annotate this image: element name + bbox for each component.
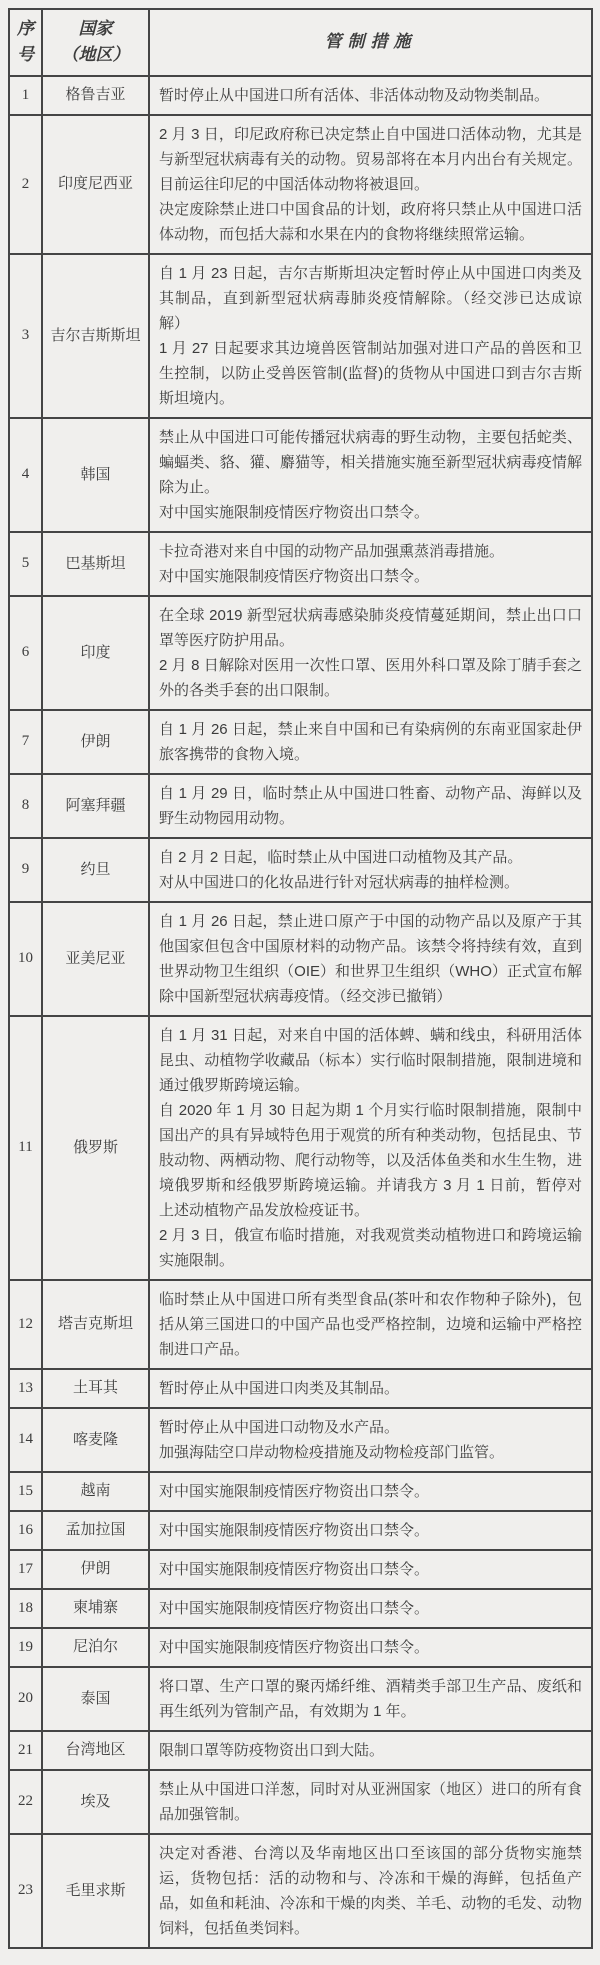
table-row: 17伊朗对中国实施限制疫情医疗物资出口禁令。 bbox=[9, 1550, 592, 1589]
table-row: 19尼泊尔对中国实施限制疫情医疗物资出口禁令。 bbox=[9, 1628, 592, 1667]
measures-cell: 卡拉奇港对来自中国的动物产品加强熏蒸消毒措施。 对中国实施限制疫情医疗物资出口禁… bbox=[149, 532, 592, 596]
country-cell: 孟加拉国 bbox=[42, 1511, 149, 1550]
header-seq-number: 序 号 bbox=[9, 9, 42, 76]
country-cell: 印度 bbox=[42, 596, 149, 710]
header-control-measures: 管制措施 bbox=[149, 9, 592, 76]
measures-cell: 决定对香港、台湾以及华南地区出口至该国的部分货物实施禁运，货物包括：活的动物和与… bbox=[149, 1834, 592, 1948]
table-row: 4韩国禁止从中国进口可能传播冠状病毒的野生动物，主要包括蛇类、蝙蝠类、貉、獾、麝… bbox=[9, 418, 592, 532]
measures-cell: 对中国实施限制疫情医疗物资出口禁令。 bbox=[149, 1589, 592, 1628]
country-cell: 伊朗 bbox=[42, 1550, 149, 1589]
measures-cell: 暂时停止从中国进口动物及水产品。 加强海陆空口岸动物检疫措施及动物检疫部门监管。 bbox=[149, 1408, 592, 1472]
measures-cell: 自 1 月 26 日起，禁止进口原产于中国的动物产品以及原产于其他国家但包含中国… bbox=[149, 902, 592, 1016]
measures-cell: 自 2 月 2 日起，临时禁止从中国进口动植物及其产品。 对从中国进口的化妆品进… bbox=[149, 838, 592, 902]
country-cell: 俄罗斯 bbox=[42, 1016, 149, 1280]
row-number-cell: 20 bbox=[9, 1667, 42, 1731]
measures-cell: 对中国实施限制疫情医疗物资出口禁令。 bbox=[149, 1550, 592, 1589]
measures-cell: 禁止从中国进口可能传播冠状病毒的野生动物，主要包括蛇类、蝙蝠类、貉、獾、麝猫等，… bbox=[149, 418, 592, 532]
table-row: 1格鲁吉亚暂时停止从中国进口所有活体、非活体动物及动物类制品。 bbox=[9, 76, 592, 115]
row-number-cell: 1 bbox=[9, 76, 42, 115]
row-number-cell: 5 bbox=[9, 532, 42, 596]
country-cell: 尼泊尔 bbox=[42, 1628, 149, 1667]
measures-cell: 暂时停止从中国进口所有活体、非活体动物及动物类制品。 bbox=[149, 76, 592, 115]
table-row: 18柬埔寨对中国实施限制疫情医疗物资出口禁令。 bbox=[9, 1589, 592, 1628]
measures-cell: 临时禁止从中国进口所有类型食品(茶叶和农作物种子除外)，包括从第三国进口的中国产… bbox=[149, 1280, 592, 1369]
row-number-cell: 9 bbox=[9, 838, 42, 902]
country-cell: 格鲁吉亚 bbox=[42, 76, 149, 115]
country-cell: 土耳其 bbox=[42, 1369, 149, 1408]
country-cell: 约旦 bbox=[42, 838, 149, 902]
table-row: 2印度尼西亚2 月 3 日，印尼政府称已决定禁止自中国进口活体动物，尤其是与新型… bbox=[9, 115, 592, 254]
table-row: 23毛里求斯决定对香港、台湾以及华南地区出口至该国的部分货物实施禁运，货物包括：… bbox=[9, 1834, 592, 1948]
table-header: 序 号 国家 （地区） 管制措施 bbox=[9, 9, 592, 76]
measures-cell: 在全球 2019 新型冠状病毒感染肺炎疫情蔓延期间，禁止出口口罩等医疗防护用品。… bbox=[149, 596, 592, 710]
table-row: 7伊朗自 1 月 26 日起，禁止来自中国和已有染病例的东南亚国家赴伊旅客携带的… bbox=[9, 710, 592, 774]
country-cell: 韩国 bbox=[42, 418, 149, 532]
row-number-cell: 15 bbox=[9, 1472, 42, 1511]
measures-cell: 自 1 月 29 日，临时禁止从中国进口牲畜、动物产品、海鲜以及野生动物园用动物… bbox=[149, 774, 592, 838]
country-cell: 阿塞拜疆 bbox=[42, 774, 149, 838]
table-row: 22埃及禁止从中国进口洋葱，同时对从亚洲国家（地区）进口的所有食品加强管制。 bbox=[9, 1770, 592, 1834]
country-cell: 塔吉克斯坦 bbox=[42, 1280, 149, 1369]
row-number-cell: 3 bbox=[9, 254, 42, 418]
row-number-cell: 6 bbox=[9, 596, 42, 710]
measures-cell: 将口罩、生产口罩的聚丙烯纤维、酒精类手部卫生产品、废纸和再生纸列为管制产品，有效… bbox=[149, 1667, 592, 1731]
table-row: 21台湾地区限制口罩等防疫物资出口到大陆。 bbox=[9, 1731, 592, 1770]
country-cell: 埃及 bbox=[42, 1770, 149, 1834]
country-cell: 柬埔寨 bbox=[42, 1589, 149, 1628]
country-cell: 吉尔吉斯斯坦 bbox=[42, 254, 149, 418]
country-cell: 伊朗 bbox=[42, 710, 149, 774]
country-cell: 泰国 bbox=[42, 1667, 149, 1731]
country-cell: 毛里求斯 bbox=[42, 1834, 149, 1948]
country-cell: 印度尼西亚 bbox=[42, 115, 149, 254]
row-number-cell: 12 bbox=[9, 1280, 42, 1369]
row-number-cell: 22 bbox=[9, 1770, 42, 1834]
country-cell: 巴基斯坦 bbox=[42, 532, 149, 596]
row-number-cell: 17 bbox=[9, 1550, 42, 1589]
row-number-cell: 19 bbox=[9, 1628, 42, 1667]
page: { "table": { "header": { "seq": "序\n号", … bbox=[0, 0, 600, 1965]
header-row: 序 号 国家 （地区） 管制措施 bbox=[9, 9, 592, 76]
table-row: 20泰国将口罩、生产口罩的聚丙烯纤维、酒精类手部卫生产品、废纸和再生纸列为管制产… bbox=[9, 1667, 592, 1731]
table-row: 5巴基斯坦卡拉奇港对来自中国的动物产品加强熏蒸消毒措施。 对中国实施限制疫情医疗… bbox=[9, 532, 592, 596]
row-number-cell: 2 bbox=[9, 115, 42, 254]
row-number-cell: 4 bbox=[9, 418, 42, 532]
table-row: 9约旦自 2 月 2 日起，临时禁止从中国进口动植物及其产品。 对从中国进口的化… bbox=[9, 838, 592, 902]
table-row: 8阿塞拜疆自 1 月 29 日，临时禁止从中国进口牲畜、动物产品、海鲜以及野生动… bbox=[9, 774, 592, 838]
measures-cell: 自 1 月 26 日起，禁止来自中国和已有染病例的东南亚国家赴伊旅客携带的食物入… bbox=[149, 710, 592, 774]
row-number-cell: 23 bbox=[9, 1834, 42, 1948]
table-row: 16孟加拉国对中国实施限制疫情医疗物资出口禁令。 bbox=[9, 1511, 592, 1550]
measures-cell: 暂时停止从中国进口肉类及其制品。 bbox=[149, 1369, 592, 1408]
header-country-region: 国家 （地区） bbox=[42, 9, 149, 76]
row-number-cell: 14 bbox=[9, 1408, 42, 1472]
measures-cell: 自 1 月 23 日起，吉尔吉斯斯坦决定暂时停止从中国进口肉类及其制品，直到新型… bbox=[149, 254, 592, 418]
table-row: 11俄罗斯自 1 月 31 日起，对来自中国的活体蜱、螨和线虫，科研用活体昆虫、… bbox=[9, 1016, 592, 1280]
row-number-cell: 21 bbox=[9, 1731, 42, 1770]
measures-cell: 自 1 月 31 日起，对来自中国的活体蜱、螨和线虫，科研用活体昆虫、动植物学收… bbox=[149, 1016, 592, 1280]
row-number-cell: 7 bbox=[9, 710, 42, 774]
measures-cell: 限制口罩等防疫物资出口到大陆。 bbox=[149, 1731, 592, 1770]
country-cell: 喀麦隆 bbox=[42, 1408, 149, 1472]
table-body: 1格鲁吉亚暂时停止从中国进口所有活体、非活体动物及动物类制品。2印度尼西亚2 月… bbox=[9, 76, 592, 1948]
row-number-cell: 13 bbox=[9, 1369, 42, 1408]
measures-cell: 2 月 3 日，印尼政府称已决定禁止自中国进口活体动物，尤其是与新型冠状病毒有关… bbox=[149, 115, 592, 254]
table-row: 6印度在全球 2019 新型冠状病毒感染肺炎疫情蔓延期间，禁止出口口罩等医疗防护… bbox=[9, 596, 592, 710]
control-measures-table: 序 号 国家 （地区） 管制措施 1格鲁吉亚暂时停止从中国进口所有活体、非活体动… bbox=[8, 8, 593, 1949]
country-cell: 台湾地区 bbox=[42, 1731, 149, 1770]
table-row: 14喀麦隆暂时停止从中国进口动物及水产品。 加强海陆空口岸动物检疫措施及动物检疫… bbox=[9, 1408, 592, 1472]
table-row: 15越南对中国实施限制疫情医疗物资出口禁令。 bbox=[9, 1472, 592, 1511]
measures-cell: 对中国实施限制疫情医疗物资出口禁令。 bbox=[149, 1511, 592, 1550]
measures-cell: 禁止从中国进口洋葱，同时对从亚洲国家（地区）进口的所有食品加强管制。 bbox=[149, 1770, 592, 1834]
measures-cell: 对中国实施限制疫情医疗物资出口禁令。 bbox=[149, 1628, 592, 1667]
table-row: 12塔吉克斯坦临时禁止从中国进口所有类型食品(茶叶和农作物种子除外)，包括从第三… bbox=[9, 1280, 592, 1369]
row-number-cell: 8 bbox=[9, 774, 42, 838]
country-cell: 越南 bbox=[42, 1472, 149, 1511]
row-number-cell: 16 bbox=[9, 1511, 42, 1550]
table-row: 10亚美尼亚自 1 月 26 日起，禁止进口原产于中国的动物产品以及原产于其他国… bbox=[9, 902, 592, 1016]
table-row: 13土耳其暂时停止从中国进口肉类及其制品。 bbox=[9, 1369, 592, 1408]
row-number-cell: 18 bbox=[9, 1589, 42, 1628]
table-row: 3吉尔吉斯斯坦自 1 月 23 日起，吉尔吉斯斯坦决定暂时停止从中国进口肉类及其… bbox=[9, 254, 592, 418]
row-number-cell: 10 bbox=[9, 902, 42, 1016]
country-cell: 亚美尼亚 bbox=[42, 902, 149, 1016]
row-number-cell: 11 bbox=[9, 1016, 42, 1280]
measures-cell: 对中国实施限制疫情医疗物资出口禁令。 bbox=[149, 1472, 592, 1511]
